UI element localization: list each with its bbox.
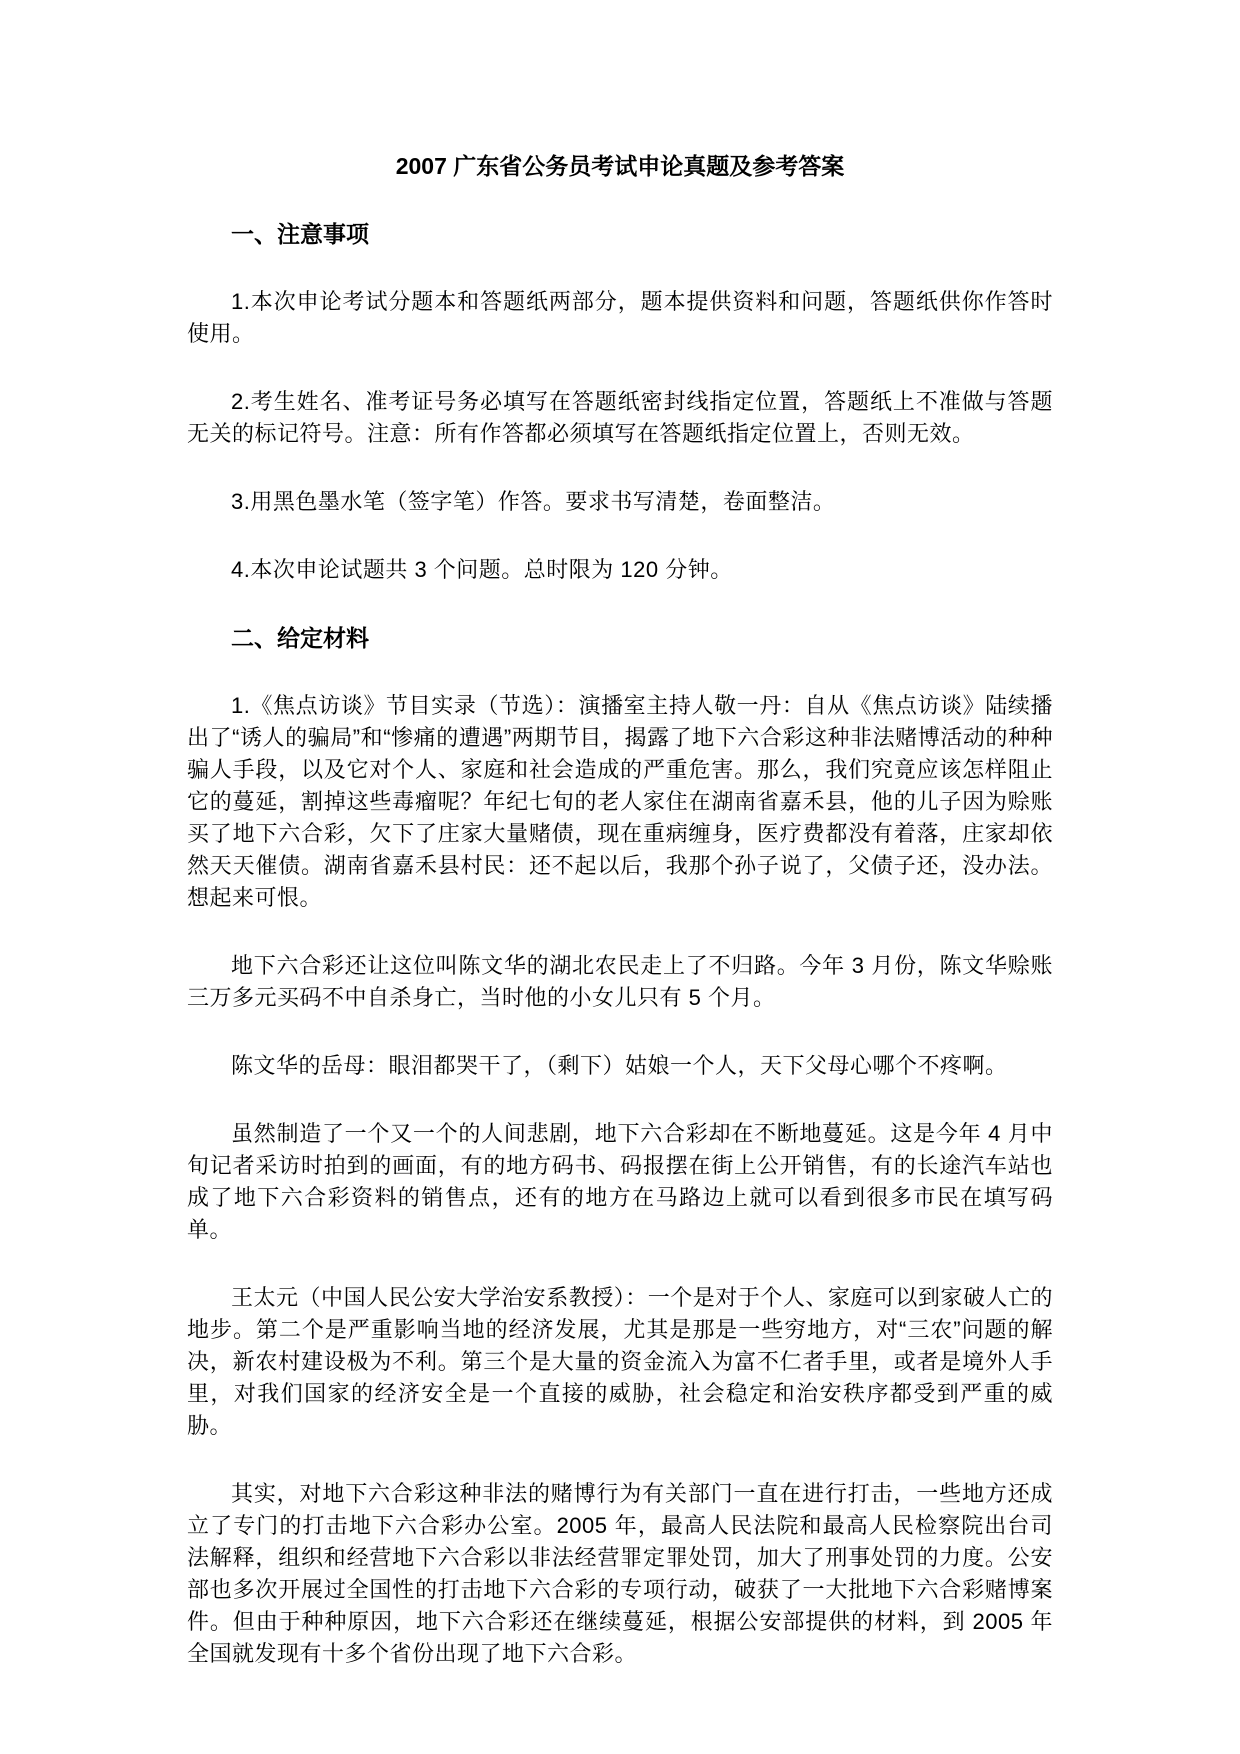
- notice-item-2: 2.考生姓名、准考证号务必填写在答题纸密封线指定位置，答题纸上不准做与答题无关的…: [187, 386, 1053, 450]
- notice-item-3: 3.用黑色墨水笔（签字笔）作答。要求书写清楚，卷面整洁。: [187, 486, 1053, 518]
- document-title: 2007 广东省公务员考试申论真题及参考答案: [187, 150, 1053, 182]
- material-paragraph-4: 虽然制造了一个又一个的人间悲剧，地下六合彩却在不断地蔓延。这是今年 4 月中旬记…: [187, 1118, 1053, 1246]
- material-paragraph-3: 陈文华的岳母：眼泪都哭干了，（剩下）姑娘一个人，天下父母心哪个不疼啊。: [187, 1050, 1053, 1082]
- material-paragraph-1: 1.《焦点访谈》节目实录（节选）：演播室主持人敬一丹：自从《焦点访谈》陆续播出了…: [187, 690, 1053, 914]
- material-paragraph-6: 其实，对地下六合彩这种非法的赌博行为有关部门一直在进行打击，一些地方还成立了专门…: [187, 1478, 1053, 1670]
- material-paragraph-2: 地下六合彩还让这位叫陈文华的湖北农民走上了不归路。今年 3 月份，陈文华赊账三万…: [187, 950, 1053, 1014]
- section-heading-notice: 一、注意事项: [187, 218, 1053, 250]
- document-page: 2007 广东省公务员考试申论真题及参考答案 一、注意事项 1.本次申论考试分题…: [0, 0, 1240, 1754]
- material-paragraph-5: 王太元（中国人民公安大学治安系教授）：一个是对于个人、家庭可以到家破人亡的地步。…: [187, 1282, 1053, 1442]
- notice-item-1: 1.本次申论考试分题本和答题纸两部分，题本提供资料和问题，答题纸供你作答时使用。: [187, 286, 1053, 350]
- notice-item-4: 4.本次申论试题共 3 个问题。总时限为 120 分钟。: [187, 554, 1053, 586]
- section-heading-materials: 二、给定材料: [187, 622, 1053, 654]
